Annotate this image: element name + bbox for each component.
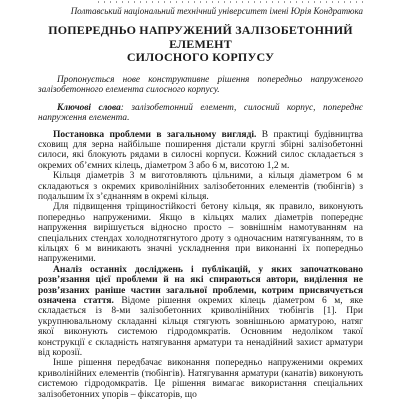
body-paragraph-rings: Кільця діаметрів 3 м виготовляють цільни… — [38, 171, 363, 202]
paragraph-text: Відоме рішення окремих кілець діаметром … — [38, 296, 363, 358]
paragraph-text: Інше рішення передбачає виконання попере… — [38, 358, 363, 399]
paragraph-lead: Постановка проблеми в загальному вигляді… — [53, 130, 256, 140]
paragraph-text: Для підвищення тріщиностійкості бетону к… — [38, 202, 363, 264]
article-title: ПОПЕРЕДНЬО НАПРУЖЕНИЙ ЗАЛІЗОБЕТОННИЙ ЕЛЕ… — [38, 24, 363, 65]
institution-line: Полтавський національний технічний уніве… — [38, 6, 363, 16]
keywords-paragraph: Ключові слова: залізобетонний елемент, с… — [38, 103, 363, 124]
body-paragraph-prestressing: Для підвищення тріщиностійкості бетону к… — [38, 202, 363, 264]
article-body: Постановка проблеми в загальному вигляді… — [38, 130, 363, 400]
article-title-line1: ПОПЕРЕДНЬО НАПРУЖЕНИЙ ЗАЛІЗОБЕТОННИЙ ЕЛЕ… — [38, 24, 363, 51]
article-title-line2: СИЛОСНОГО КОРПУСУ — [38, 51, 363, 65]
clipped-previous-line — [98, 1, 366, 3]
body-paragraph-problem-statement: Постановка проблеми в загальному вигляді… — [38, 130, 363, 172]
paragraph-text: Кільця діаметрів 3 м виготовляють цільни… — [38, 171, 363, 202]
body-paragraph-analysis: Аналіз останніх досліджень і публікацій,… — [38, 265, 363, 359]
abstract-text: Пропонується нове конструктивне рішення … — [38, 75, 363, 96]
body-paragraph-other-solution: Інше рішення передбачає виконання попере… — [38, 358, 363, 400]
document-page: Полтавський національний технічний уніве… — [0, 0, 400, 400]
keywords-label: Ключові слова — [57, 103, 121, 113]
